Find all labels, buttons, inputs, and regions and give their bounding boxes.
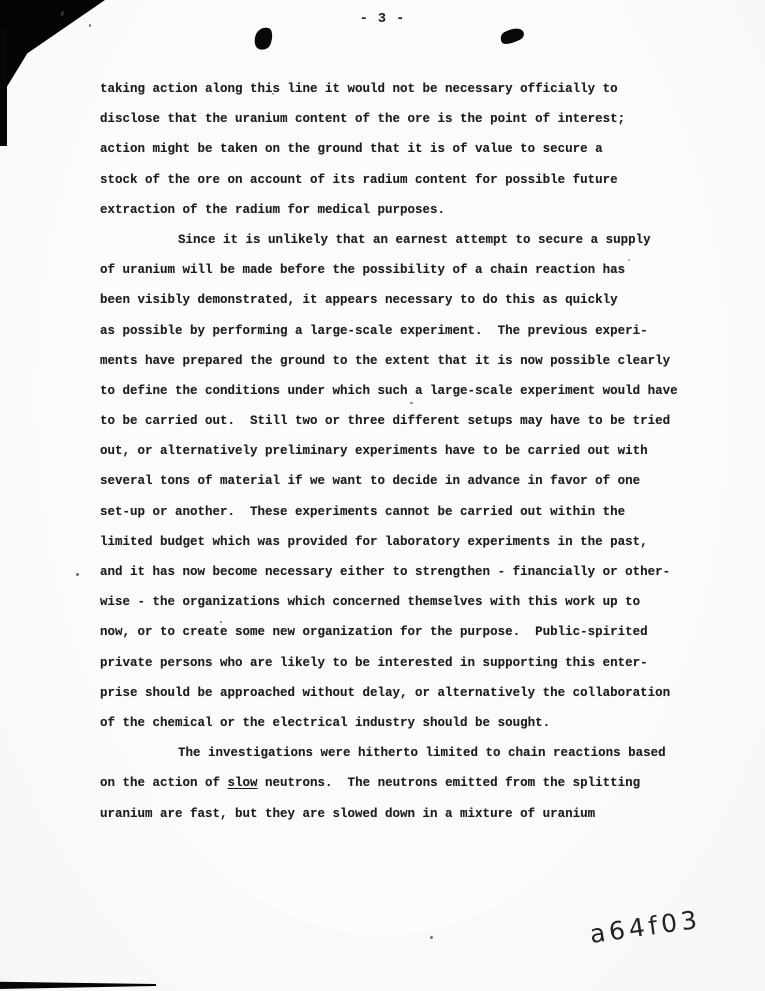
- ink-blob: [498, 24, 526, 48]
- document-text: taking action along this line it would n…: [100, 74, 700, 829]
- text-segment: neutrons. The neutrons emitted from the …: [258, 776, 641, 790]
- text-segment: several tons of material if we want to d…: [100, 474, 640, 488]
- text-segment: The investigations were hitherto limited…: [178, 746, 666, 760]
- text-line: disclose that the uranium content of the…: [100, 104, 700, 134]
- text-segment: extraction of the radium for medical pur…: [100, 203, 445, 217]
- text-segment: action might be taken on the ground that…: [100, 142, 603, 156]
- text-segment: as possible by performing a large-scale …: [100, 324, 648, 338]
- text-line: limited budget which was provided for la…: [100, 527, 700, 557]
- text-segment: been visibly demonstrated, it appears ne…: [100, 293, 618, 307]
- text-line: ments have prepared the ground to the ex…: [100, 346, 700, 376]
- text-segment: and it has now become necessary either t…: [100, 565, 670, 579]
- text-line: of uranium will be made before the possi…: [100, 255, 700, 285]
- text-segment: Since it is unlikely that an earnest att…: [178, 233, 651, 247]
- text-segment: ments have prepared the ground to the ex…: [100, 354, 670, 368]
- text-line: prise should be approached without delay…: [100, 678, 700, 708]
- text-segment: to define the conditions under which suc…: [100, 384, 678, 398]
- text-line: wise - the organizations which concerned…: [100, 587, 700, 617]
- text-line: action might be taken on the ground that…: [100, 134, 700, 164]
- text-segment: of uranium will be made before the possi…: [100, 263, 625, 277]
- text-segment: disclose that the uranium content of the…: [100, 112, 625, 126]
- text-line: and it has now become necessary either t…: [100, 557, 700, 587]
- underlined-word: slow: [228, 776, 258, 790]
- text-segment: of the chemical or the electrical indust…: [100, 716, 550, 730]
- text-line: to define the conditions under which suc…: [100, 376, 700, 406]
- scan-bottom-edge-artifact: [0, 981, 156, 989]
- text-segment: prise should be approached without delay…: [100, 686, 670, 700]
- text-line: out, or alternatively preliminary experi…: [100, 436, 700, 466]
- page-number: - 3 -: [0, 12, 765, 27]
- text-segment: set-up or another. These experiments can…: [100, 505, 625, 519]
- text-line: several tons of material if we want to d…: [100, 466, 700, 496]
- handwritten-code: a64f03: [588, 905, 703, 949]
- text-segment: stock of the ore on account of its radiu…: [100, 173, 618, 187]
- noise-speck: [430, 936, 433, 939]
- text-line: to be carried out. Still two or three di…: [100, 406, 700, 436]
- text-segment: uranium are fast, but they are slowed do…: [100, 807, 595, 821]
- text-line: been visibly demonstrated, it appears ne…: [100, 285, 700, 315]
- text-segment: now, or to create some new organization …: [100, 625, 648, 639]
- text-line: now, or to create some new organization …: [100, 617, 700, 647]
- text-line: The investigations were hitherto limited…: [100, 738, 700, 768]
- text-line: as possible by performing a large-scale …: [100, 316, 700, 346]
- text-segment: wise - the organizations which concerned…: [100, 595, 640, 609]
- text-segment: taking action along this line it would n…: [100, 82, 618, 96]
- text-line: on the action of slow neutrons. The neut…: [100, 768, 700, 798]
- text-line: uranium are fast, but they are slowed do…: [100, 799, 700, 829]
- scan-left-edge-artifact: [0, 30, 7, 146]
- text-line: set-up or another. These experiments can…: [100, 497, 700, 527]
- text-line: stock of the ore on account of its radiu…: [100, 165, 700, 195]
- text-segment: to be carried out. Still two or three di…: [100, 414, 670, 428]
- ink-blob: [252, 25, 275, 52]
- noise-speck: [76, 573, 79, 576]
- text-segment: limited budget which was provided for la…: [100, 535, 648, 549]
- text-line: private persons who are likely to be int…: [100, 648, 700, 678]
- text-line: Since it is unlikely that an earnest att…: [100, 225, 700, 255]
- text-segment: on the action of: [100, 776, 228, 790]
- text-segment: out, or alternatively preliminary experi…: [100, 444, 648, 458]
- scanned-document-page: { "colors": { "paper": "#fbfbf9", "ink":…: [0, 0, 765, 991]
- text-line: extraction of the radium for medical pur…: [100, 195, 700, 225]
- text-line: taking action along this line it would n…: [100, 74, 700, 104]
- text-segment: private persons who are likely to be int…: [100, 656, 648, 670]
- text-line: of the chemical or the electrical indust…: [100, 708, 700, 738]
